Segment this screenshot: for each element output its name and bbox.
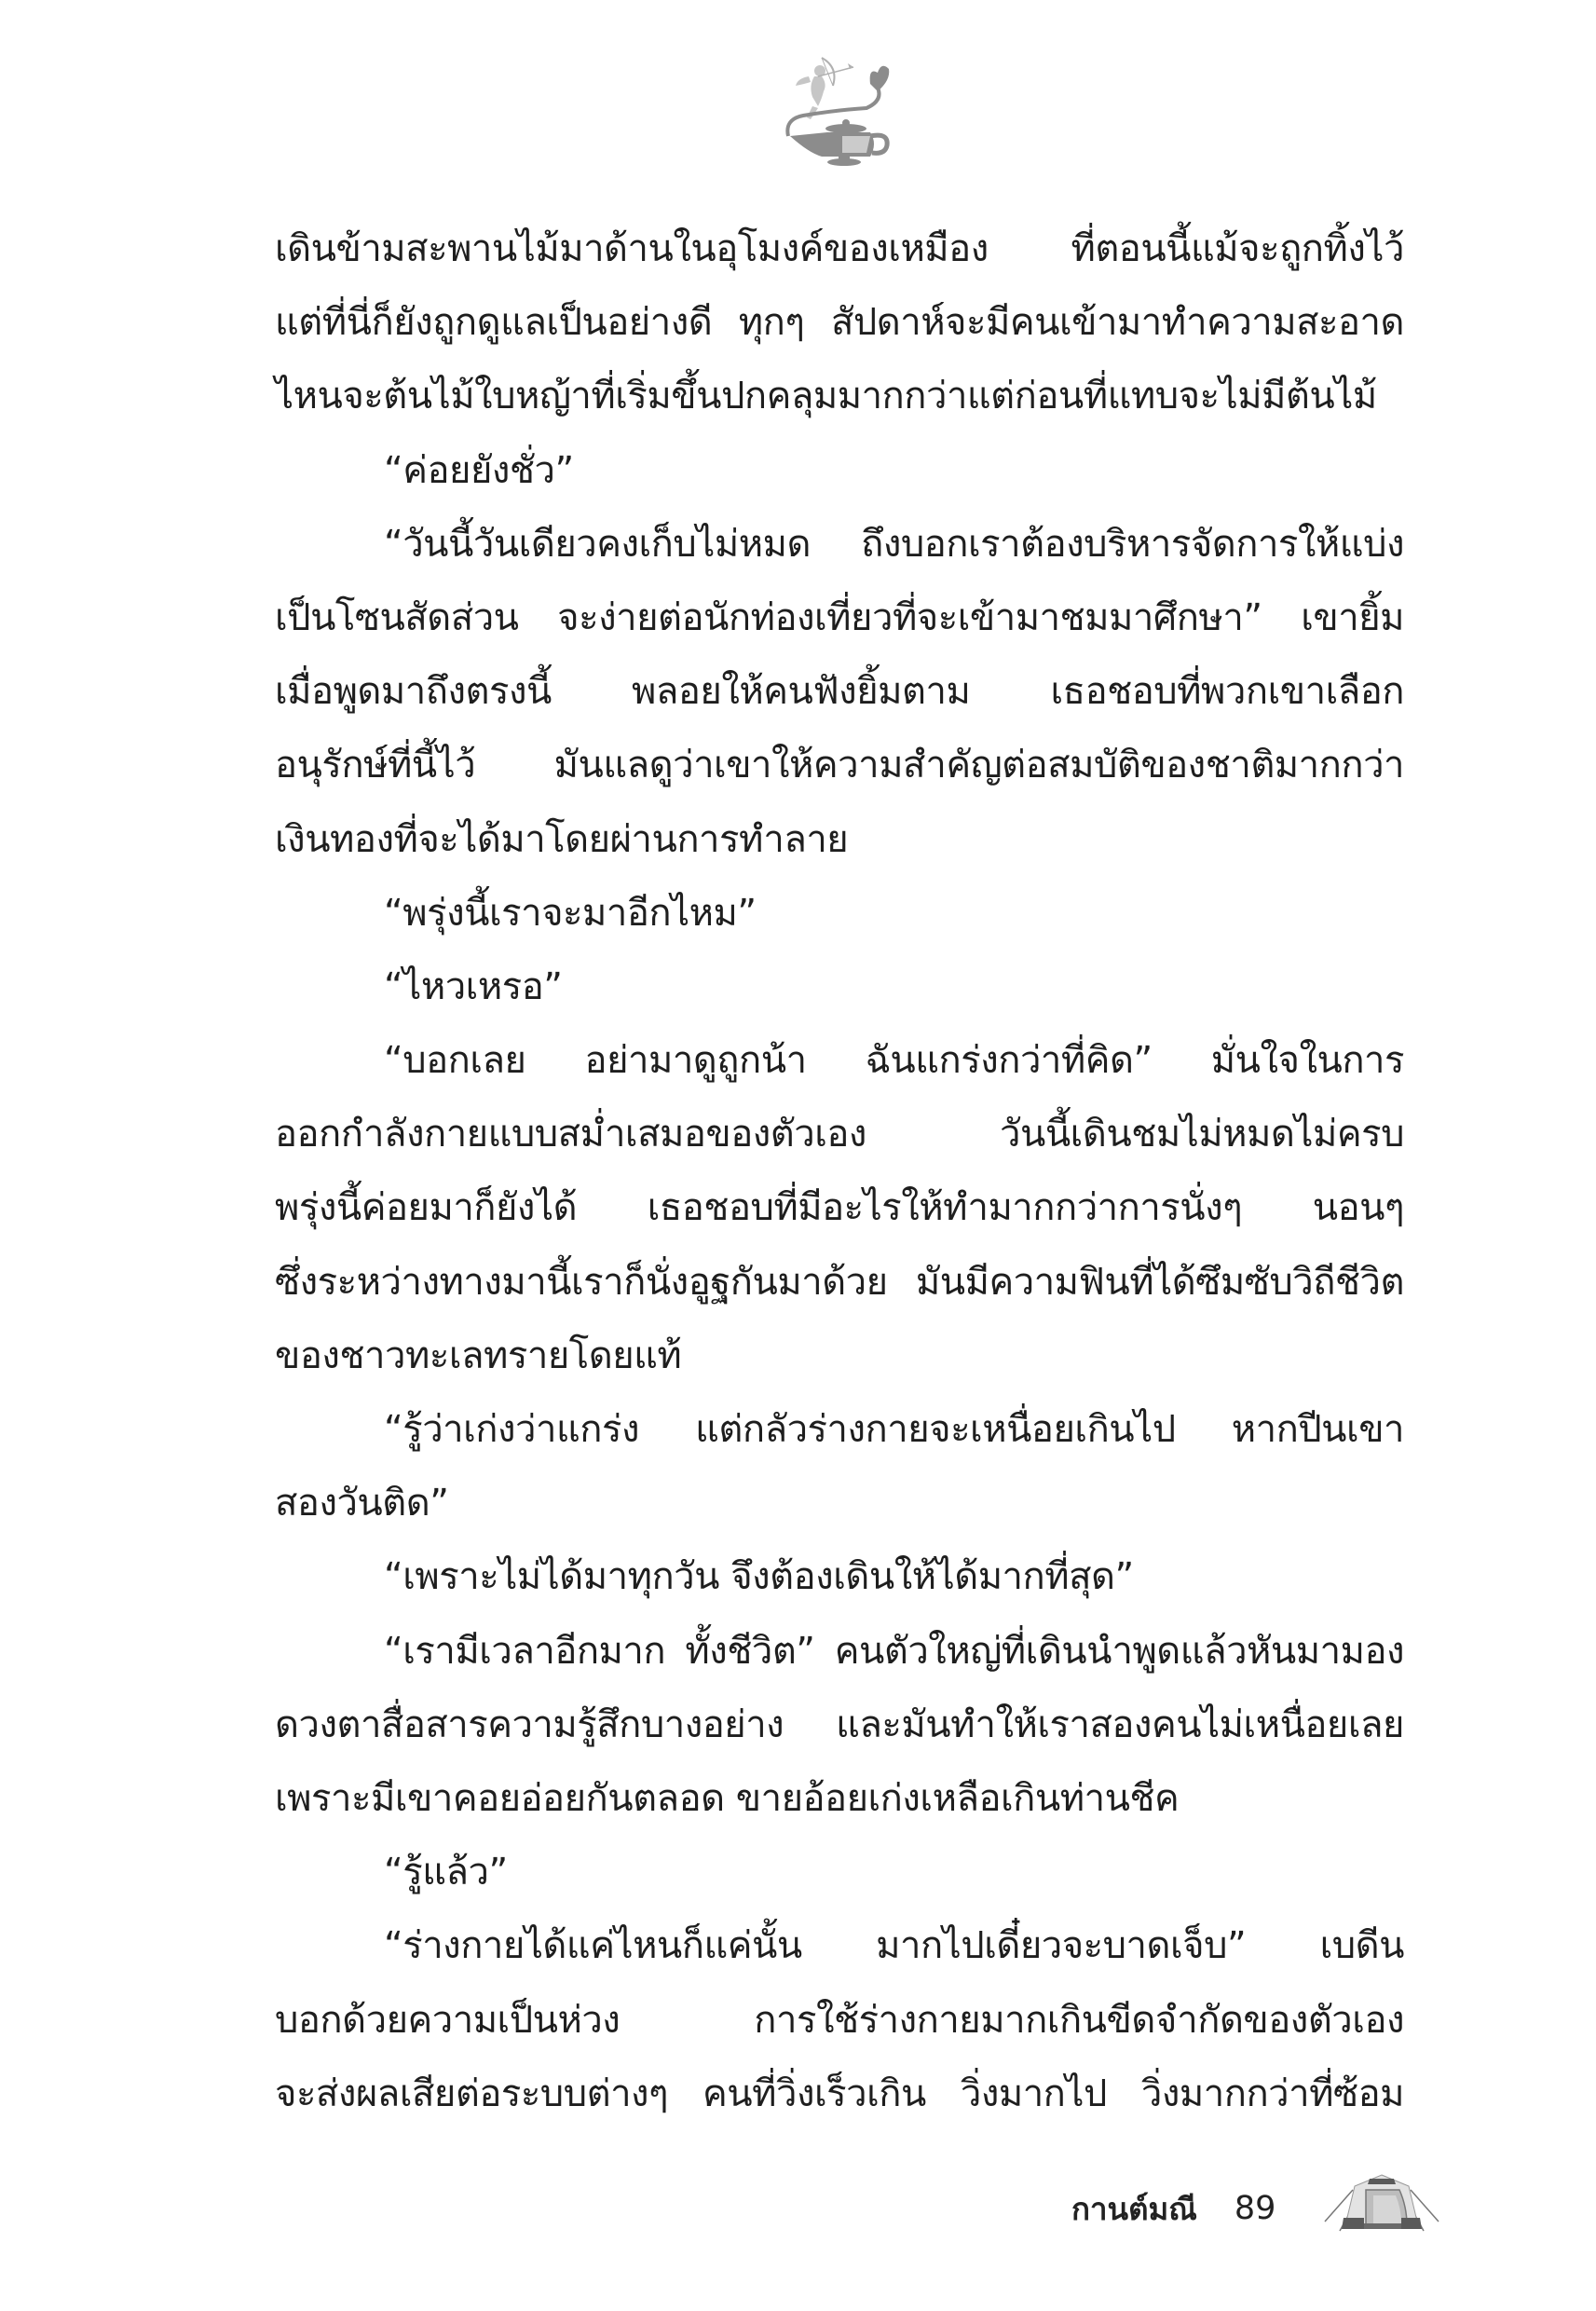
dialogue-line: “ไหวเหรอ”: [275, 950, 1404, 1024]
text-line: เดินข้ามสะพานไม้มาด้านในอุโมงค์ของเหมือง…: [275, 212, 1404, 286]
text-line: ไหนจะต้นไม้ใบหญ้าที่เริ่มขึ้นปกคลุมมากกว…: [275, 360, 1404, 433]
text-line: สองวันติด”: [275, 1467, 1404, 1540]
dialogue-line: “เรามีเวลาอีกมาก ทั้งชีวิต” คนตัวใหญ่ที่…: [275, 1615, 1404, 1689]
magic-lamp-with-cupid-icon: [781, 54, 921, 166]
dialogue-line: “รู้แล้ว”: [275, 1836, 1404, 1909]
tent-icon: [1321, 2169, 1442, 2244]
text-line: แต่ที่นี่ก็ยังถูกดูแลเป็นอย่างดี ทุกๆ สั…: [275, 286, 1404, 360]
text-line: ของชาวทะเลทรายโดยแท้: [275, 1320, 1404, 1393]
page-footer: กานต์มณี 89: [1071, 2185, 1275, 2232]
text-line: อนุรักษ์ที่นี้ไว้ มันแลดูว่าเขาให้ความสำ…: [275, 729, 1404, 802]
dialogue-line: “ร่างกายได้แค่ไหนก็แค่นั้น มากไปเดี๋ยวจะ…: [275, 1909, 1404, 1983]
text-line: ดวงตาสื่อสารความรู้สึกบางอย่าง และมันทำใ…: [275, 1689, 1404, 1762]
text-line: บอกด้วยความเป็นห่วง การใช้ร่างกายมากเกิน…: [275, 1984, 1404, 2058]
dialogue-line: “บอกเลย อย่ามาดูถูกน้า ฉันแกร่งกว่าที่คิ…: [275, 1024, 1404, 1098]
dialogue-line: “วันนี้วันเดียวคงเก็บไม่หมด ถึงบอกเราต้อ…: [275, 508, 1404, 581]
text-line: เงินทองที่จะได้มาโดยผ่านการทำลาย: [275, 803, 1404, 877]
text-line: พรุ่งนี้ค่อยมาก็ยังได้ เธอชอบที่มีอะไรให…: [275, 1171, 1404, 1245]
dialogue-line: “รู้ว่าเก่งว่าแกร่ง แต่กลัวร่างกายจะเหนื…: [275, 1393, 1404, 1467]
dialogue-line: “ค่อยยังชั่ว”: [275, 434, 1404, 508]
text-line: เมื่อพูดมาถึงตรงนี้ พลอยให้คนฟังยิ้มตาม …: [275, 655, 1404, 729]
page-number: 89: [1235, 2190, 1276, 2227]
text-line: เป็นโซนสัดส่วน จะง่ายต่อนักท่องเที่ยวที่…: [275, 581, 1404, 655]
page-body: เดินข้ามสะพานไม้มาด้านในอุโมงค์ของเหมือง…: [275, 212, 1404, 2131]
dialogue-line: “พรุ่งนี้เราจะมาอีกไหม”: [275, 877, 1404, 950]
text-line: จะส่งผลเสียต่อระบบต่างๆ คนที่วิ่งเร็วเกิ…: [275, 2058, 1404, 2131]
book-title: กานต์มณี: [1071, 2184, 1197, 2234]
text-line: เพราะมีเขาคอยอ่อยกันตลอด ขายอ้อยเก่งเหลื…: [275, 1762, 1404, 1836]
text-line: ออกกำลังกายแบบสม่ำเสมอของตัวเอง วันนี้เด…: [275, 1098, 1404, 1171]
dialogue-line: “เพราะไม่ได้มาทุกวัน จึงต้องเดินให้ได้มา…: [275, 1540, 1404, 1614]
text-line: ซึ่งระหว่างทางมานี้เราก็นั่งอูฐกันมาด้วย…: [275, 1246, 1404, 1320]
